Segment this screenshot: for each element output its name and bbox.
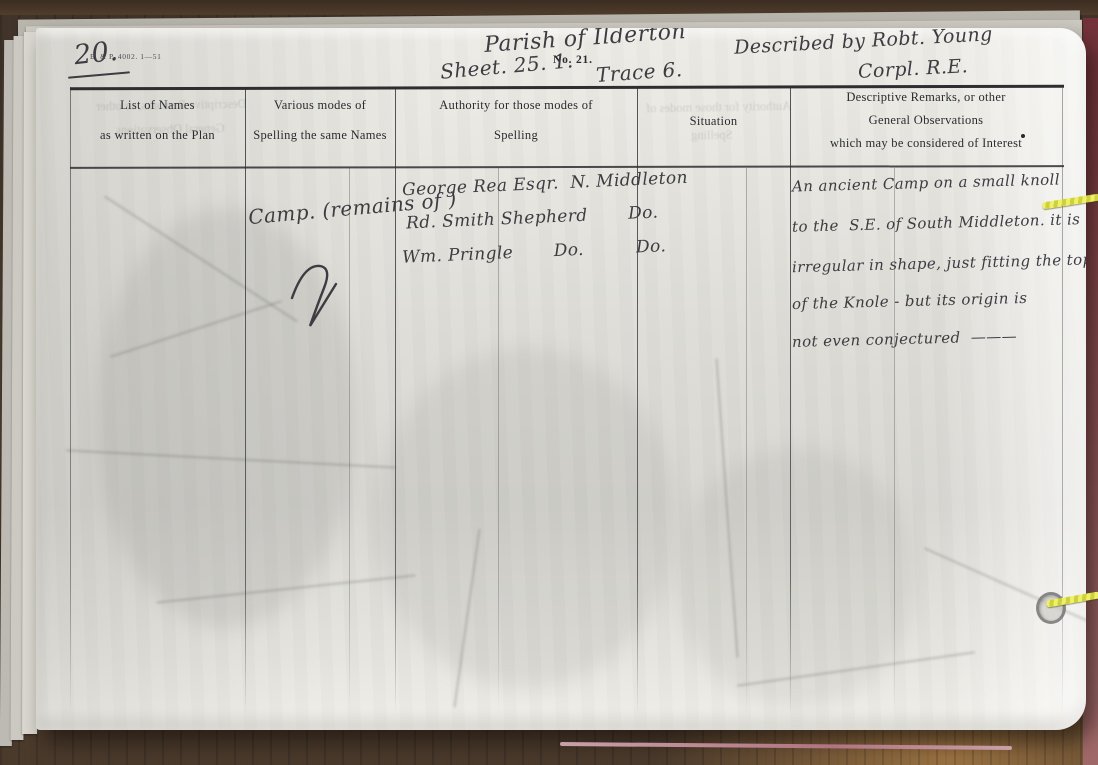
check-mark bbox=[284, 250, 354, 340]
entry-remarks-line-1: An ancient Camp on a small knoll bbox=[792, 170, 1060, 195]
sheet-number: Sheet. 25. 1. bbox=[439, 48, 574, 84]
bleedthrough-line bbox=[746, 168, 747, 714]
column-divider-1 bbox=[245, 87, 246, 714]
page-number-underline bbox=[68, 71, 130, 78]
column-header-spelling-modes: Various modes of Spelling the same Names bbox=[247, 90, 393, 150]
column-header-authority: Authority for those modes of Spelling bbox=[397, 90, 635, 150]
bleedthrough-line bbox=[894, 168, 895, 714]
table-border-left bbox=[70, 87, 71, 714]
bleedthrough-text: General Observations bbox=[116, 121, 225, 138]
bleedthrough-text: Descriptive Remarks, or other bbox=[96, 97, 247, 115]
paper-shading bbox=[376, 348, 676, 688]
entry-remarks-line-5: not even conjectured ——— bbox=[792, 327, 1017, 351]
column-header-remarks: Descriptive Remarks, or other General Ob… bbox=[792, 86, 1060, 155]
described-by: Described by Robt. Young bbox=[734, 28, 994, 59]
describer-rank: Corpl. R.E. bbox=[857, 55, 968, 83]
underlying-page-pink-edge bbox=[560, 742, 1012, 750]
trace-number: Trace 6. bbox=[595, 57, 683, 87]
paper-shading bbox=[676, 448, 916, 708]
column-header-line: Descriptive Remarks, or other bbox=[792, 86, 1060, 109]
printed-dot bbox=[1021, 134, 1025, 138]
entry-authority-line-1: George Rea Esqr. N. Middleton bbox=[402, 168, 689, 200]
table-border-right bbox=[1062, 87, 1063, 714]
column-divider-2 bbox=[395, 87, 396, 714]
bleedthrough-text: Authority for those modes of bbox=[646, 99, 791, 117]
column-header-line: which may be considered of Interest bbox=[792, 132, 1060, 155]
entry-remarks-line-3: irregular in shape, just fitting the top… bbox=[792, 250, 1086, 276]
column-header-line: Spelling bbox=[397, 120, 635, 150]
column-header-line: Authority for those modes of bbox=[397, 90, 635, 120]
column-header-line: Various modes of bbox=[247, 90, 393, 120]
entry-authority-line-3: Wm. Pringle Do. Do. bbox=[402, 236, 667, 268]
column-header-line: General Observations bbox=[792, 109, 1060, 132]
table-header-rule bbox=[70, 165, 1064, 168]
form-stamp: E. & P. 4002. 1—51 bbox=[90, 52, 161, 61]
entry-remarks-line-4: of the Knole - but its origin is bbox=[792, 289, 1028, 313]
bleedthrough-text: Spelling bbox=[691, 128, 733, 144]
entry-remarks-line-2: to the S.E. of South Middleton. it is bbox=[792, 210, 1081, 236]
document-page: 20. E. & P. 4002. 1—51 Parish of Ilderto… bbox=[36, 28, 1086, 730]
column-header-line: Spelling the same Names bbox=[247, 120, 393, 150]
binding-hole bbox=[1036, 592, 1066, 624]
